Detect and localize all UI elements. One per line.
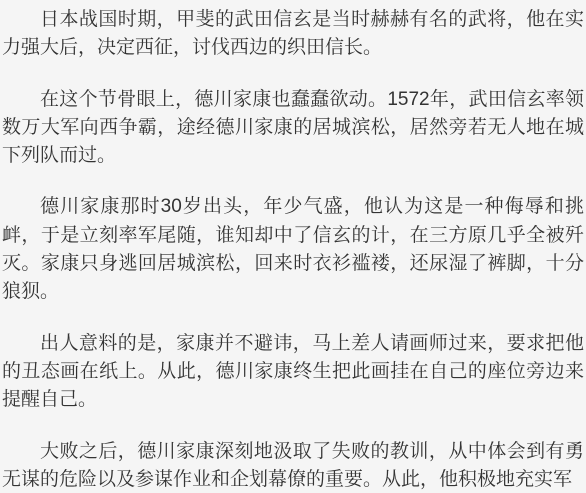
paragraph: 大败之后，德川家康深刻地汲取了失败的教训，从中体会到有勇无谋的危险以及参谋作业和… bbox=[2, 438, 584, 493]
paragraph: 出人意料的是，家康并不避讳，马上差人请画师过来，要求把他的丑态画在纸上。从此，德… bbox=[2, 330, 584, 415]
article-text: 日本战国时期，甲斐的武田信玄是当时赫赫有名的武将，他在实力强大后，决定西征，讨伐… bbox=[0, 0, 586, 493]
paragraph: 日本战国时期，甲斐的武田信玄是当时赫赫有名的武将，他在实力强大后，决定西征，讨伐… bbox=[2, 6, 584, 63]
paragraph: 德川家康那时30岁出头，年少气盛，他认为这是一种侮辱和挑衅，于是立刻率军尾随，谁… bbox=[2, 193, 584, 306]
paragraph: 在这个节骨眼上，德川家康也蠢蠢欲动。1572年，武田信玄率领数万大军向西争霸，途… bbox=[2, 86, 584, 171]
